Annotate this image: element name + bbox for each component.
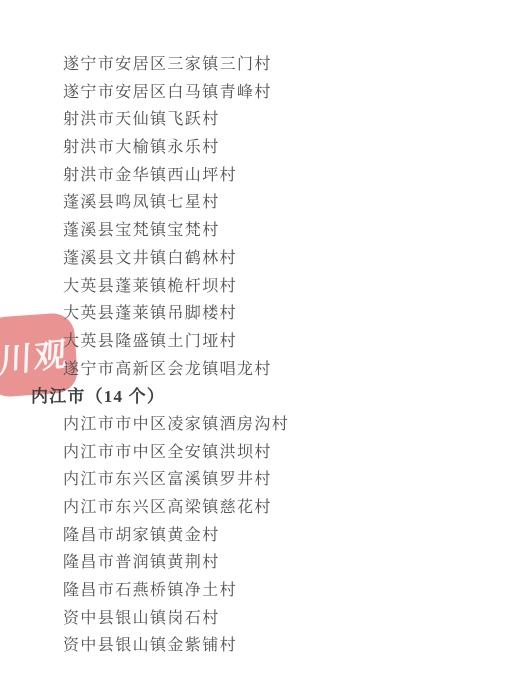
village-list-item: 隆昌市石燕桥镇净土村 xyxy=(63,577,522,605)
village-list: 遂宁市安居区三家镇三门村遂宁市安居区白马镇青峰村射洪市天仙镇飞跃村射洪市大榆镇永… xyxy=(0,0,522,660)
village-list-item: 射洪市天仙镇飞跃村 xyxy=(63,106,522,134)
village-list-item: 遂宁市安居区三家镇三门村 xyxy=(63,51,522,79)
village-list-item: 资中县银山镇金紫铺村 xyxy=(63,632,522,660)
village-list-item: 遂宁市安居区白马镇青峰村 xyxy=(63,79,522,107)
village-list-item: 蓬溪县宝梵镇宝梵村 xyxy=(63,217,522,245)
village-list-item: 射洪市大榆镇永乐村 xyxy=(63,134,522,162)
document-page: 川观 遂宁市安居区三家镇三门村遂宁市安居区白马镇青峰村射洪市天仙镇飞跃村射洪市大… xyxy=(0,0,522,691)
village-list-item: 遂宁市高新区会龙镇唱龙村 xyxy=(63,356,522,384)
village-list-item: 内江市市中区凌家镇酒房沟村 xyxy=(63,411,522,439)
village-list-item: 内江市市中区全安镇洪坝村 xyxy=(63,439,522,467)
village-list-item: 隆昌市普润镇黄荆村 xyxy=(63,549,522,577)
village-list-item: 内江市东兴区富溪镇罗井村 xyxy=(63,466,522,494)
section-header: 内江市（14 个） xyxy=(31,383,522,411)
village-list-item: 大英县蓬莱镇吊脚楼村 xyxy=(63,300,522,328)
village-list-item: 大英县蓬莱镇桅杆坝村 xyxy=(63,273,522,301)
village-list-item: 资中县银山镇岗石村 xyxy=(63,605,522,633)
village-list-item: 射洪市金华镇西山坪村 xyxy=(63,162,522,190)
village-list-item: 隆昌市胡家镇黄金村 xyxy=(63,522,522,550)
village-list-item: 内江市东兴区高梁镇慈花村 xyxy=(63,494,522,522)
village-list-item: 大英县隆盛镇土门垭村 xyxy=(63,328,522,356)
village-list-item: 蓬溪县鸣凤镇七星村 xyxy=(63,189,522,217)
village-list-item: 蓬溪县文井镇白鹤林村 xyxy=(63,245,522,273)
